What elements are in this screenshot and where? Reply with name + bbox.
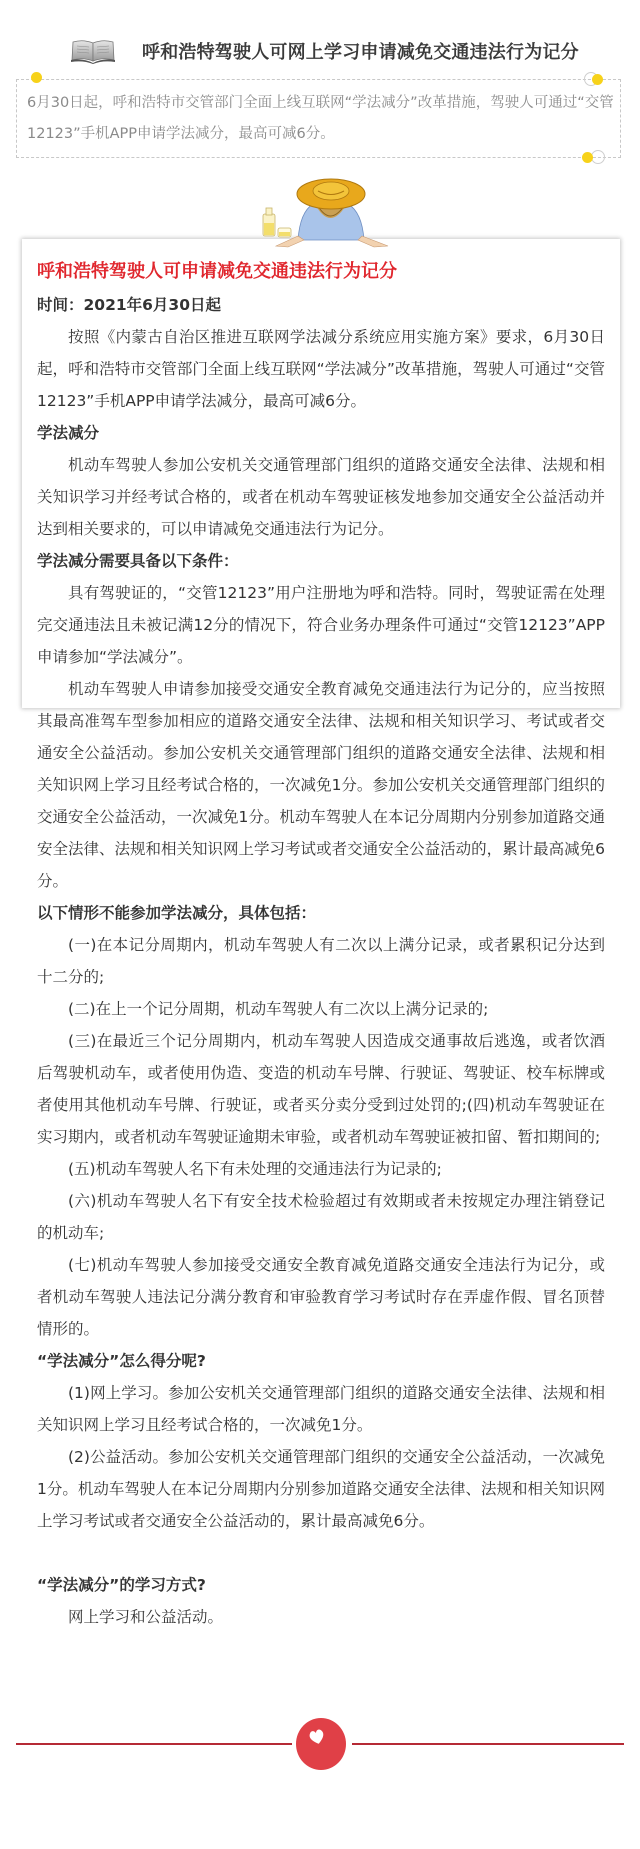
decor-dot-icon: [582, 152, 593, 163]
girl-with-straw-hat-illustration: [258, 176, 398, 252]
article-body: 呼和浩特驾驶人可申请减免交通违法行为记分 时间：2021年6月30日起 按照《内…: [37, 257, 605, 1633]
divider-line-right: [352, 1743, 624, 1745]
decor-dot-icon: [592, 74, 603, 85]
intro-summary-box: 6月30日起，呼和浩特市交管部门全面上线互联网“学法减分”改革措施，驾驶人可通过…: [16, 79, 621, 158]
article-time: 时间：2021年6月30日起: [37, 289, 605, 321]
section-heading: 以下情形不能参加学法减分，具体包括：: [37, 897, 605, 929]
blank-line: [37, 1537, 605, 1569]
article-title: 呼和浩特驾驶人可申请减免交通违法行为记分: [37, 257, 605, 287]
list-item: (1)网上学习。参加公安机关交通管理部门组织的道路交通安全法律、法规和相关知识网…: [37, 1377, 605, 1441]
heart-badge: [296, 1718, 346, 1770]
heart-icon: [308, 1728, 326, 1750]
divider-line-left: [16, 1743, 292, 1745]
list-item: (二)在上一个记分周期，机动车驾驶人有二次以上满分记录的;: [37, 993, 605, 1025]
open-book-icon: [70, 38, 116, 64]
section-heading: 学法减分: [37, 417, 605, 449]
header: 呼和浩特驾驶人可网上学习申请减免交通违法行为记分: [0, 30, 640, 70]
paragraph: 网上学习和公益活动。: [37, 1601, 605, 1633]
paragraph: 机动车驾驶人申请参加接受交通安全教育减免交通违法行为记分的，应当按照其最高准驾车…: [37, 673, 605, 897]
list-item: (六)机动车驾驶人名下有安全技术检验超过有效期或者未按规定办理注销登记的机动车;: [37, 1185, 605, 1249]
list-item: (一)在本记分周期内，机动车驾驶人有二次以上满分记录，或者累积记分达到十二分的;: [37, 929, 605, 993]
list-item: (五)机动车驾驶人名下有未处理的交通违法行为记录的;: [37, 1153, 605, 1185]
list-item: (三)在最近三个记分周期内，机动车驾驶人因造成交通事故后逃逸，或者饮酒后驾驶机动…: [37, 1025, 605, 1153]
decor-dot-icon: [31, 72, 42, 83]
paragraph: 机动车驾驶人参加公安机关交通管理部门组织的道路交通安全法律、法规和相关知识学习并…: [37, 449, 605, 545]
section-heading: “学法减分”怎么得分呢?: [37, 1345, 605, 1377]
list-item: (2)公益活动。参加公安机关交通管理部门组织的交通安全公益活动，一次减免1分。机…: [37, 1441, 605, 1537]
page-title: 呼和浩特驾驶人可网上学习申请减免交通违法行为记分: [142, 38, 579, 64]
section-heading: “学法减分”的学习方式?: [37, 1569, 605, 1601]
article-card: 呼和浩特驾驶人可申请减免交通违法行为记分 时间：2021年6月30日起 按照《内…: [22, 239, 620, 708]
section-heading: 学法减分需要具备以下条件：: [37, 545, 605, 577]
paragraph: 具有驾驶证的，“交管12123”用户注册地为呼和浩特。同时，驾驶证需在处理完交通…: [37, 577, 605, 673]
list-item: (七)机动车驾驶人参加接受交通安全教育减免道路交通安全违法行为记分，或者机动车驾…: [37, 1249, 605, 1345]
decor-ring-icon: [591, 150, 605, 164]
intro-text: 6月30日起，呼和浩特市交管部门全面上线互联网“学法减分”改革措施，驾驶人可通过…: [27, 88, 617, 150]
paragraph: 按照《内蒙古自治区推进互联网学法减分系统应用实施方案》要求，6月30日起，呼和浩…: [37, 321, 605, 417]
